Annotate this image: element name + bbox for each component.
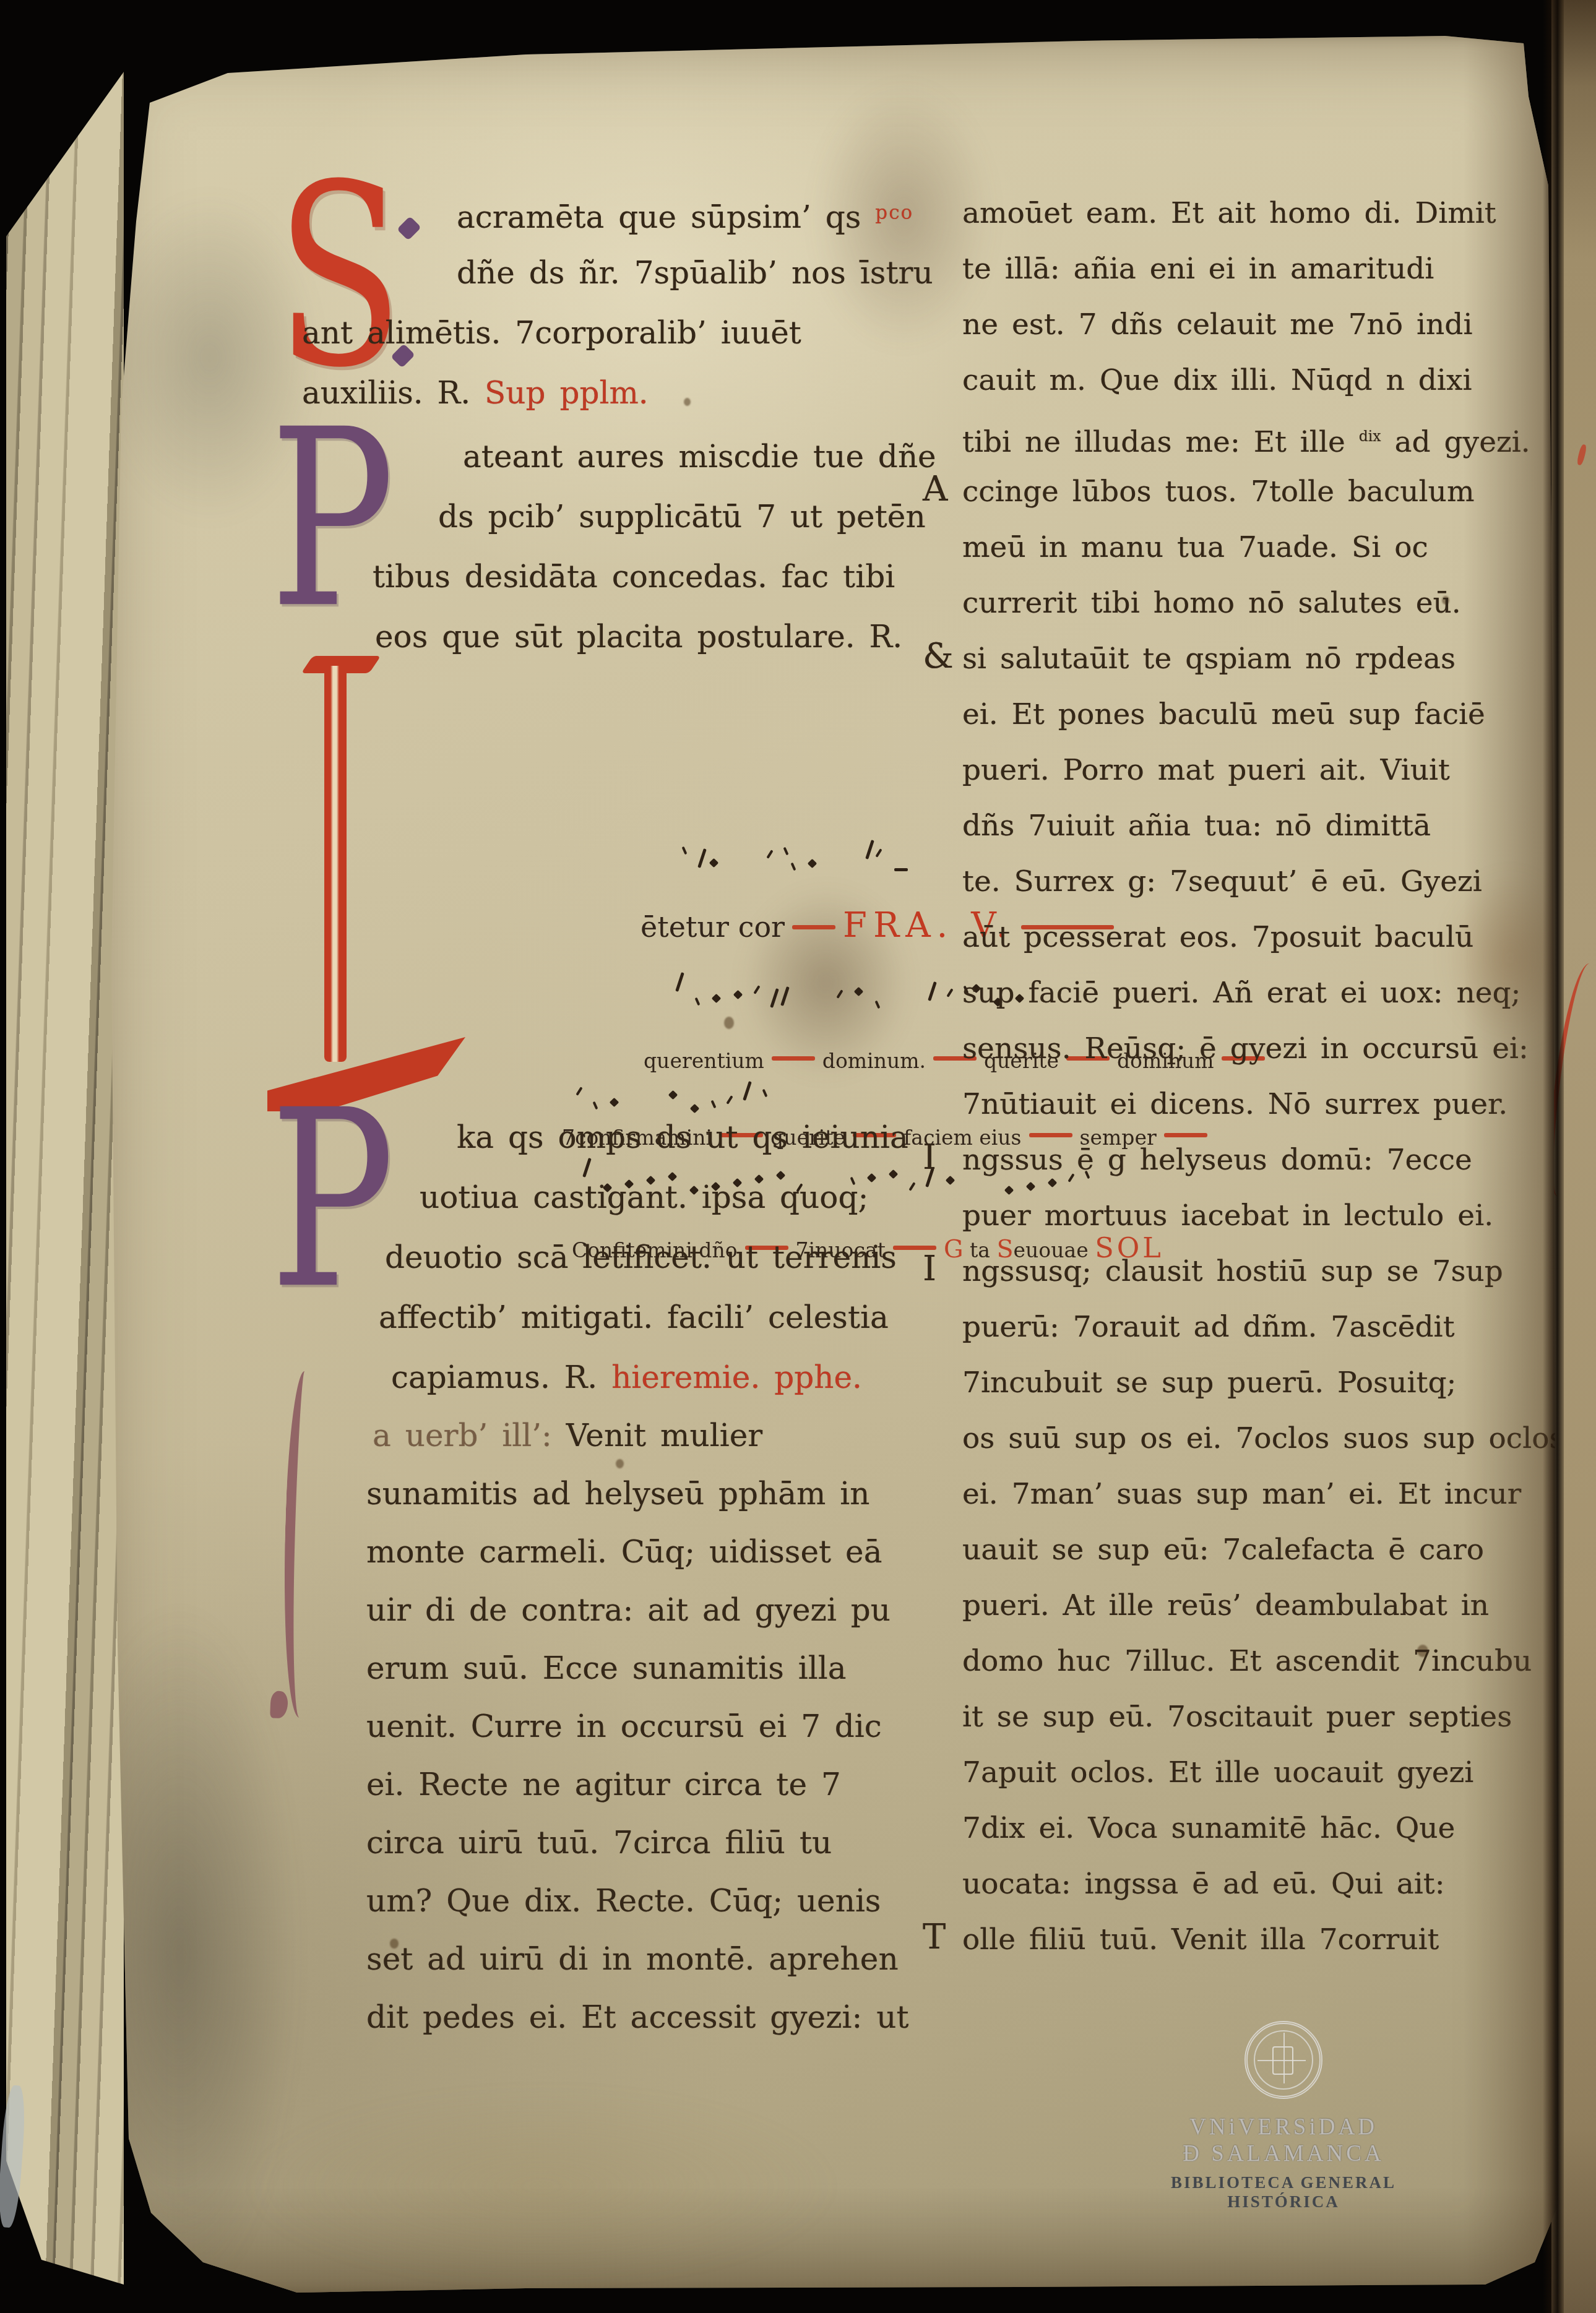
text-line: uauit se sup eū: 7calefacta ē caro <box>962 1522 1566 1578</box>
body-text: circa uirū tuū. 7circa filiū tu <box>366 1825 832 1861</box>
watermark-university-line1: VNiVERSiDAD <box>1119 2114 1447 2140</box>
text-line: affectib’ mitigati. facili’ celestia <box>297 1288 916 1348</box>
body-text: monte carmeli. Cūq; uidisset eā <box>366 1534 882 1570</box>
text-line: puer mortuus iacebat in lectulo ei. <box>962 1188 1566 1244</box>
neume-mark <box>875 1001 881 1009</box>
watermark-university-line2: Ð SALAMANCA <box>1119 2140 1447 2167</box>
body-text <box>792 925 835 929</box>
neume-mark <box>791 863 796 871</box>
text-line: ei. Recte ne agitur circa te 7 <box>297 1755 916 1814</box>
neume-mark <box>780 986 790 1006</box>
text-line: &si salutaūit te qspiam nō rpdeas <box>962 631 1566 687</box>
neume-mark <box>770 988 779 1008</box>
text-line: monte carmeli. Cūq; uidisset eā <box>297 1523 916 1581</box>
initial-l-stem <box>324 666 347 1062</box>
neume-mark <box>753 985 760 994</box>
body-text: ngssusq; clausit hostiū sup se 7sup <box>962 1254 1503 1288</box>
body-text: aūt pcesserat eos. 7posuit baculū <box>962 920 1473 954</box>
body-text: capiamus. R. <box>391 1359 611 1395</box>
body-text: te illā: añia eni ei in amaritudi <box>962 252 1434 286</box>
text-line: circa uirū tuū. 7circa filiū tu <box>297 1814 916 1872</box>
text-line: 7nūtiauit ei dicens. Nō surrex puer. <box>962 1077 1566 1132</box>
body-text: ei. 7man’ suas sup man’ ei. Et incur <box>962 1477 1521 1511</box>
text-line: ei. Et pones baculū meū sup faciē <box>962 687 1566 743</box>
body-text: it se sup eū. 7oscitauit puer septies <box>962 1700 1512 1734</box>
text-line: meū in manu tua 7uade. Si oc <box>962 520 1566 575</box>
watermark-library-name: BIBLIOTECA GENERAL HISTÓRICA <box>1119 2173 1447 2212</box>
body-text: auxiliis. R. <box>302 375 485 411</box>
text-line: acramēta que sūpsim’ qs pco <box>297 183 916 243</box>
margin-initial: I <box>923 1241 936 1297</box>
text-line: tibi ne illudas me: Et ille dix ad gyezi… <box>962 408 1566 464</box>
neume-mark <box>695 997 701 1006</box>
text-line: dñe ds ñr. 7spūalib’ nos īstru <box>297 243 916 303</box>
body-text: uir di de contra: ait ad gyezi pu <box>366 1592 891 1628</box>
neume-mark <box>946 988 953 997</box>
body-text: set ad uirū di in montē. aprehen <box>366 1941 899 1977</box>
body-text: pueri. Porro mat pueri ait. Viuit <box>962 753 1450 787</box>
body-text: te. Surrex g: 7sequut’ ē eū. Gyezi <box>962 864 1482 898</box>
text-line: Tolle filiū tuū. Venit illa 7corruit <box>962 1912 1566 1968</box>
body-text: dit pedes ei. Et accessit gyezi: ut <box>366 1999 909 2035</box>
body-text: ateant aures miscdie tue dñe <box>463 439 936 475</box>
binding-gutter-shadow <box>1543 0 1564 2313</box>
text-line: set ad uirū di in montē. aprehen <box>297 1930 916 1988</box>
body-text: uotiua castigant. ipsa quoq; <box>420 1179 868 1215</box>
text-line: uocata: ingssa ē ad eū. Qui ait: <box>962 1856 1566 1912</box>
body-text: eos que sūt placita postulare. R. <box>375 619 902 655</box>
neume-mark <box>726 1095 733 1105</box>
text-line: a uerb’ ill’: Venit mulier <box>297 1406 916 1465</box>
text-line: os suū sup os ei. 7oclos suos sup oclos <box>962 1411 1566 1467</box>
body-text: querentium <box>644 1049 764 1073</box>
text-line: auxiliis. R. Sup pplm. <box>297 363 916 423</box>
body-text: puerū: 7orauit ad dñm. 7ascēdit <box>962 1310 1455 1344</box>
body-text: uocata: ingssa ē ad eū. Qui ait: <box>962 1867 1445 1901</box>
body-text: uenit. Curre in occursū ei 7 dic <box>366 1708 882 1744</box>
body-text: ne est. 7 dñs celauit me 7nō indi <box>962 308 1472 342</box>
body-text: ei. Et pones baculū meū sup faciē <box>962 697 1485 731</box>
neume-mark <box>743 1081 752 1101</box>
body-text: olle filiū tuū. Venit illa 7corruit <box>962 1923 1439 1957</box>
body-text: deuotio scā letificet. ut terrenis <box>385 1239 897 1275</box>
neume-mark <box>712 994 722 1004</box>
body-text: 7dix ei. Voca sunamitē hāc. Que <box>962 1811 1455 1845</box>
text-line: uenit. Curre in occursū ei 7 dic <box>297 1697 916 1755</box>
body-text: affectib’ mitigati. facili’ celestia <box>379 1299 889 1335</box>
body-text: ei. Recte ne agitur circa te 7 <box>366 1767 841 1803</box>
margin-initial: T <box>923 1910 946 1965</box>
body-text: 7incubuit se sup puerū. Posuitq; <box>962 1366 1456 1400</box>
text-line: uotiua castigant. ipsa quoq; <box>297 1168 916 1228</box>
body-text: cauit m. Que dix illi. Nūqd n dixi <box>962 363 1472 397</box>
text-line: ka qs omps ds ut qs ieiunia <box>297 1108 916 1168</box>
body-text: sunamitis ad helyseū pphām in <box>366 1476 870 1512</box>
body-text: uauit se sup eū: 7calefacta ē caro <box>962 1533 1484 1567</box>
text-line: te illā: añia eni ei in amaritudi <box>962 241 1566 297</box>
seal-center-emblem <box>1272 2046 1293 2075</box>
text-line: dñs 7uiuit añia tua: nō dimittā <box>962 798 1566 854</box>
text-line: dit pedes ei. Et accessit gyezi: ut <box>297 1988 916 2046</box>
text-line: sup faciē pueri. Añ erat ei uox: neq; <box>962 965 1566 1021</box>
text-line: uir di de contra: ait ad gyezi pu <box>297 1581 916 1639</box>
body-text: puer mortuus iacebat in lectulo ei. <box>962 1199 1493 1233</box>
body-text: acramēta que sūpsim’ qs <box>457 199 875 235</box>
body-text: os suū sup os ei. 7oclos suos sup oclos <box>962 1421 1564 1455</box>
text-line: 7apuit oclos. Et ille uocauit gyezi <box>962 1745 1566 1801</box>
text-line: 7incubuit se sup puerū. Posuitq; <box>962 1355 1566 1411</box>
neume-mark <box>854 987 864 997</box>
text-line: ei. 7man’ suas sup man’ ei. Et incur <box>962 1467 1566 1522</box>
body-text: ant alimētis. 7corporalib’ iuuēt <box>302 315 801 351</box>
neume-mark <box>610 1098 619 1108</box>
text-line: Accinge lūbos tuos. 7tolle baculum <box>962 464 1566 520</box>
text-line: it se sup eū. 7oscitauit puer septies <box>962 1689 1566 1745</box>
text-line: capiamus. R. hieremie. pphe. <box>297 1348 916 1408</box>
body-text: dix <box>1359 428 1381 445</box>
body-text: currerit tibi homo nō salutes eū. <box>962 586 1461 620</box>
prayer-block: ateant aures miscdie tue dñeds pcib’ sup… <box>297 427 916 667</box>
body-text: 7apuit oclos. Et ille uocauit gyezi <box>962 1755 1473 1790</box>
text-line: domo huc 7illuc. Et ascendit 7incubu <box>962 1634 1566 1689</box>
university-seal-icon <box>1244 2021 1322 2099</box>
page-stack-edges <box>6 32 124 2300</box>
text-line: ne est. 7 dñs celauit me 7nō indi <box>962 297 1566 353</box>
neume-row <box>576 1085 769 1107</box>
neume-row <box>681 843 911 866</box>
text-line: ateant aures miscdie tue dñe <box>297 427 916 487</box>
body-text: tibus desidāta concedas. fac tibi <box>373 559 895 595</box>
text-line: te. Surrex g: 7sequut’ ē eū. Gyezi <box>962 854 1566 910</box>
body-text: ccinge lūbos tuos. 7tolle baculum <box>962 475 1474 509</box>
text-line: deuotio scā letificet. ut terrenis <box>297 1228 916 1288</box>
neume-mark <box>928 981 937 1001</box>
text-line: amoūet eam. Et ait homo di. Dimit <box>962 186 1566 241</box>
body-text: pueri. At ille reūs’ deambulabat in <box>962 1588 1489 1622</box>
body-text: dñe ds ñr. 7spūalib’ nos īstru <box>457 255 933 291</box>
rubric-text: Sup pplm. <box>485 375 649 411</box>
text-line: ds pcib’ supplicātū 7 ut petēn <box>297 487 916 547</box>
text-line: um? Que dix. Recte. Cūq; uenis <box>297 1872 916 1930</box>
neume-mark <box>836 989 843 999</box>
body-text: a uerb’ ill’: <box>373 1418 566 1454</box>
neume-mark <box>762 1089 768 1098</box>
body-text: sup faciē pueri. Añ erat ei uox: neq; <box>962 976 1521 1010</box>
text-line: 7dix ei. Voca sunamitē hāc. Que <box>962 1801 1566 1856</box>
rubric-text: G <box>944 1235 964 1264</box>
text-line: pueri. At ille reūs’ deambulabat in <box>962 1578 1566 1634</box>
neume-mark <box>668 1090 678 1100</box>
body-text: ētetur cor <box>641 910 785 944</box>
text-line: Ingssusq; clausit hostiū sup se 7sup <box>962 1244 1566 1299</box>
body-text: si salutaūit te qspiam nō rpdeas <box>962 642 1456 676</box>
text-line: puerū: 7orauit ad dñm. 7ascēdit <box>962 1299 1566 1355</box>
text-line: eos que sūt placita postulare. R. <box>297 607 916 667</box>
body-text: amoūet eam. Et ait homo di. Dimit <box>962 196 1496 230</box>
body-text: ngssus ē g helyseus domū: 7ecce <box>962 1143 1472 1177</box>
rubric-text: hieremie. pphe. <box>611 1359 862 1395</box>
body-text: meū in manu tua 7uade. Si oc <box>962 530 1428 564</box>
right-text-column: amoūet eam. Et ait homo di. Dimitte illā… <box>962 186 1566 1968</box>
body-text <box>772 1056 815 1061</box>
body-text: sensus. Reūsq; ē gyezi in occursū ei: <box>962 1032 1529 1066</box>
text-line: erum suū. Ecce sunamitis illa <box>297 1639 916 1697</box>
lection-block: a uerb’ ill’: Venit muliersunamitis ad h… <box>297 1406 916 2046</box>
neume-mark <box>675 972 684 992</box>
text-line: currerit tibi homo nō salutes eū. <box>962 575 1566 631</box>
neume-mark <box>682 846 688 855</box>
neume-mark <box>697 848 707 868</box>
neume-mark <box>783 847 789 856</box>
manuscript-page: S P P acramēta que sūpsim’ qs pcodñe ds … <box>93 36 1556 2293</box>
text-line: Ingssus ē g helyseus domū: 7ecce <box>962 1132 1566 1188</box>
body-text: ds pcib’ supplicātū 7 ut petēn <box>438 499 926 535</box>
neume-mark <box>894 868 908 871</box>
margin-initial: & <box>923 629 954 684</box>
body-text: ka qs omps ds ut qs ieiunia <box>457 1119 908 1155</box>
body-text: ad gyezi. <box>1381 425 1530 459</box>
library-watermark: VNiVERSiDAD Ð SALAMANCA BIBLIOTECA GENER… <box>1119 2021 1447 2212</box>
body-text: um? Que dix. Recte. Cūq; uenis <box>366 1883 881 1919</box>
neume-mark <box>576 1087 582 1096</box>
body-text: dominum. <box>822 1049 926 1073</box>
neume-mark <box>946 1176 955 1186</box>
rubric-text: pco <box>875 202 913 224</box>
text-line: aūt pcesserat eos. 7posuit baculū <box>962 910 1566 965</box>
neume-mark <box>709 858 719 868</box>
margin-initial: I <box>923 1130 936 1186</box>
neume-mark <box>766 850 773 859</box>
text-line: ant alimētis. 7corporalib’ iuuēt <box>297 303 916 363</box>
text-line: pueri. Porro mat pueri ait. Viuit <box>962 743 1566 798</box>
neume-mark <box>808 859 817 869</box>
margin-initial: A <box>923 462 947 517</box>
body-text: domo huc 7illuc. Et ascendit 7incubu <box>962 1644 1532 1678</box>
text-line: tibus desidāta concedas. fac tibi <box>297 547 916 607</box>
text-line: sunamitis ad helyseū pphām in <box>297 1465 916 1523</box>
text-line: cauit m. Que dix illi. Nūqd n dixi <box>962 353 1566 408</box>
prayer-block: ka qs omps ds ut qs ieiuniauotiua castig… <box>297 1108 916 1408</box>
stain <box>248 2090 835 2282</box>
text-line: sensus. Reūsq; ē gyezi in occursū ei: <box>962 1021 1566 1077</box>
body-text: erum suū. Ecce sunamitis illa <box>366 1650 847 1686</box>
body-text: dñs 7uiuit añia tua: nō dimittā <box>962 809 1431 843</box>
neume-mark <box>865 840 874 859</box>
body-text: Venit mulier <box>566 1418 762 1454</box>
neume-mark <box>733 990 743 1000</box>
body-text: tibi ne illudas me: Et ille <box>962 425 1359 459</box>
prayer-block: acramēta que sūpsim’ qs pcodñe ds ñr. 7s… <box>297 183 916 423</box>
photo-background: S P P acramēta que sūpsim’ qs pcodñe ds … <box>0 0 1596 2313</box>
body-text: 7nūtiauit ei dicens. Nō surrex puer. <box>962 1087 1508 1121</box>
neume-mark <box>875 848 882 858</box>
